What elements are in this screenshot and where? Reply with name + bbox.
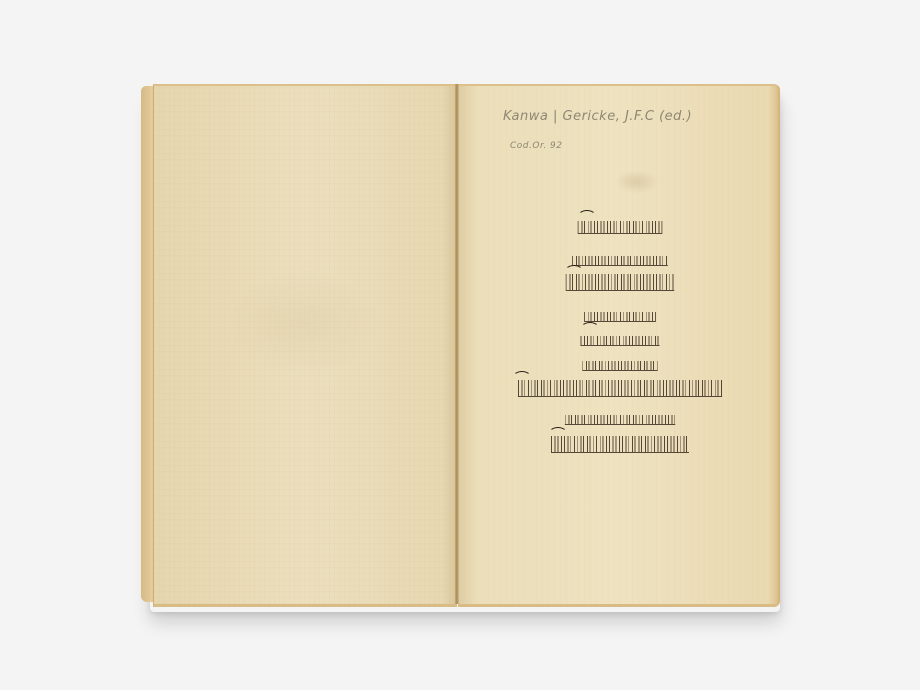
script-line [482, 251, 758, 270]
script-flourish [581, 322, 599, 334]
script-glyphs [518, 380, 722, 397]
script-flourish [578, 210, 596, 222]
script-glyphs [578, 221, 663, 234]
script-line [482, 436, 758, 457]
script-line [482, 380, 758, 401]
script-line [482, 219, 758, 238]
script-glyphs [566, 274, 675, 291]
script-glyphs [580, 336, 659, 346]
script-glyphs [565, 415, 675, 425]
script-glyphs [551, 436, 689, 453]
script-glyphs [572, 256, 668, 266]
script-line [482, 274, 758, 295]
script-flourish [549, 427, 567, 439]
book-spine [455, 84, 459, 604]
show-through-mark [228, 268, 378, 378]
javanese-script-block [470, 0, 770, 690]
script-line [482, 410, 758, 429]
script-glyphs [582, 361, 657, 371]
script-flourish [513, 371, 531, 383]
script-glyphs [584, 312, 656, 322]
script-flourish [565, 265, 583, 277]
script-line [482, 307, 758, 326]
script-line [482, 331, 758, 350]
